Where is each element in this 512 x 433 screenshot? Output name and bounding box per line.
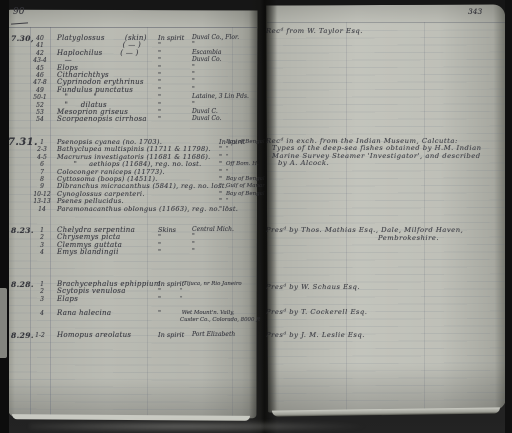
condition-note: " xyxy=(158,249,161,256)
register-book-photo: 90 343 7.30,40Platyglossus (skin)In spir… xyxy=(0,0,512,433)
column-rule xyxy=(147,27,148,416)
acquisition-note: Presᵈ by J. M. Leslie Esq. xyxy=(266,332,365,339)
specimen-number: 7 xyxy=(32,169,52,176)
specimen-number: 13-13 xyxy=(32,198,52,205)
specimen-number: 14 xyxy=(32,206,52,213)
specimen-number: 10-12 xyxy=(32,191,52,198)
specimen-number: 1 xyxy=(32,281,52,288)
locality: Central Mich. xyxy=(192,227,234,234)
column-rule xyxy=(346,22,347,410)
binding-clasp xyxy=(0,288,7,358)
specimen-number: 54 xyxy=(30,116,50,123)
locality: " xyxy=(180,296,182,303)
locality: Duval Co. xyxy=(192,57,221,64)
specimen-number: 52 xyxy=(30,102,50,109)
register-right-page xyxy=(266,4,507,412)
specimen-number: 3 xyxy=(32,296,52,303)
locality: Lataine, 3 Lin Pds. xyxy=(192,94,249,101)
header-rule-right xyxy=(267,22,506,23)
specimen-number: 50-1 xyxy=(30,94,50,101)
acquisition-note: Presᵈ by Thos. Mathias Esq., Dale, Milfo… xyxy=(266,227,463,234)
condition-note: " xyxy=(158,116,161,123)
locality: " xyxy=(226,154,229,161)
locality: Port Elizabeth xyxy=(192,332,235,339)
gutter-shadow xyxy=(249,0,277,433)
locality: Duval Co., Flor. xyxy=(192,35,239,42)
specimen-number: 1-2 xyxy=(30,332,50,339)
column-rule xyxy=(232,27,233,416)
acquisition-note: Recᵈ from W. Taylor Esq. xyxy=(266,28,363,35)
acquisition-note: by A. Alcock. xyxy=(278,160,329,167)
specimen-number: 2 xyxy=(32,234,52,241)
locality: Tijuca, nr Rio Janeiro xyxy=(180,281,242,288)
specimen-number: 1 xyxy=(32,139,52,146)
specimen-number: 1 xyxy=(32,227,52,234)
specimen-number: 46 xyxy=(30,72,50,79)
specimen-number: 43-4 xyxy=(30,57,50,64)
specimen-number: 2 xyxy=(32,288,52,295)
photo-edge xyxy=(505,0,512,433)
species-name: Rana halecina xyxy=(57,310,111,317)
table-reflection xyxy=(30,421,370,432)
species-name: Homopus areolatus xyxy=(57,332,131,339)
column-rule xyxy=(50,27,51,416)
specimen-number: 4 xyxy=(32,310,52,317)
acquisition-note: Pembrokeshire. xyxy=(378,235,439,242)
locality: " xyxy=(192,249,195,256)
locality: Duval Co. xyxy=(192,116,221,123)
column-rule xyxy=(424,22,425,410)
page-edge xyxy=(12,414,250,421)
left-folio-number: 90 xyxy=(13,9,24,16)
specimen-number: 6 xyxy=(32,161,52,168)
specimen-number: 49 xyxy=(30,87,50,94)
entry-date: 8.23. xyxy=(11,227,34,234)
ruled-lines xyxy=(266,29,507,402)
header-rule-left xyxy=(8,27,257,28)
specimen-number: 47-8 xyxy=(30,79,50,86)
specimen-number: 4-5 xyxy=(32,154,52,161)
entry-date: 8.28. xyxy=(11,281,34,288)
right-folio-number: 343 xyxy=(468,8,482,15)
specimen-number: 4 xyxy=(32,249,52,256)
species-name: Emys blandingii xyxy=(57,249,119,256)
specimen-number: 41 xyxy=(30,42,50,49)
specimen-number: 3 xyxy=(32,242,52,249)
species-name: Paramonacanthus oblongus (11663), reg. n… xyxy=(57,206,238,213)
specimen-number: 45 xyxy=(30,65,50,72)
species-name: Elaps xyxy=(57,296,78,303)
condition-note: In spirit xyxy=(158,332,184,339)
locality: " xyxy=(226,146,229,153)
condition-note: " xyxy=(158,310,161,317)
locality: " xyxy=(180,288,182,295)
specimen-number: 9 xyxy=(32,183,52,190)
book-binding-edge xyxy=(0,0,9,433)
specimen-number: 2-3 xyxy=(32,146,52,153)
species-name: Scorpaenopsis cirrhosa xyxy=(57,116,147,123)
acquisition-note: Presᵈ by W. Schaus Esq. xyxy=(266,284,360,291)
specimen-number: 42 xyxy=(30,50,50,57)
specimen-number: 8 xyxy=(32,176,52,183)
specimen-number: 40 xyxy=(30,35,50,42)
acquisition-note: Presᵈ by T. Cockerell Esq. xyxy=(266,309,367,316)
condition-note: " xyxy=(158,296,161,303)
locality: " xyxy=(226,169,229,176)
specimen-number: 53 xyxy=(30,109,50,116)
locality: " xyxy=(226,198,229,205)
condition-note: " xyxy=(219,206,222,213)
condition-note: In spirit xyxy=(158,35,184,42)
locality: " xyxy=(226,206,229,213)
